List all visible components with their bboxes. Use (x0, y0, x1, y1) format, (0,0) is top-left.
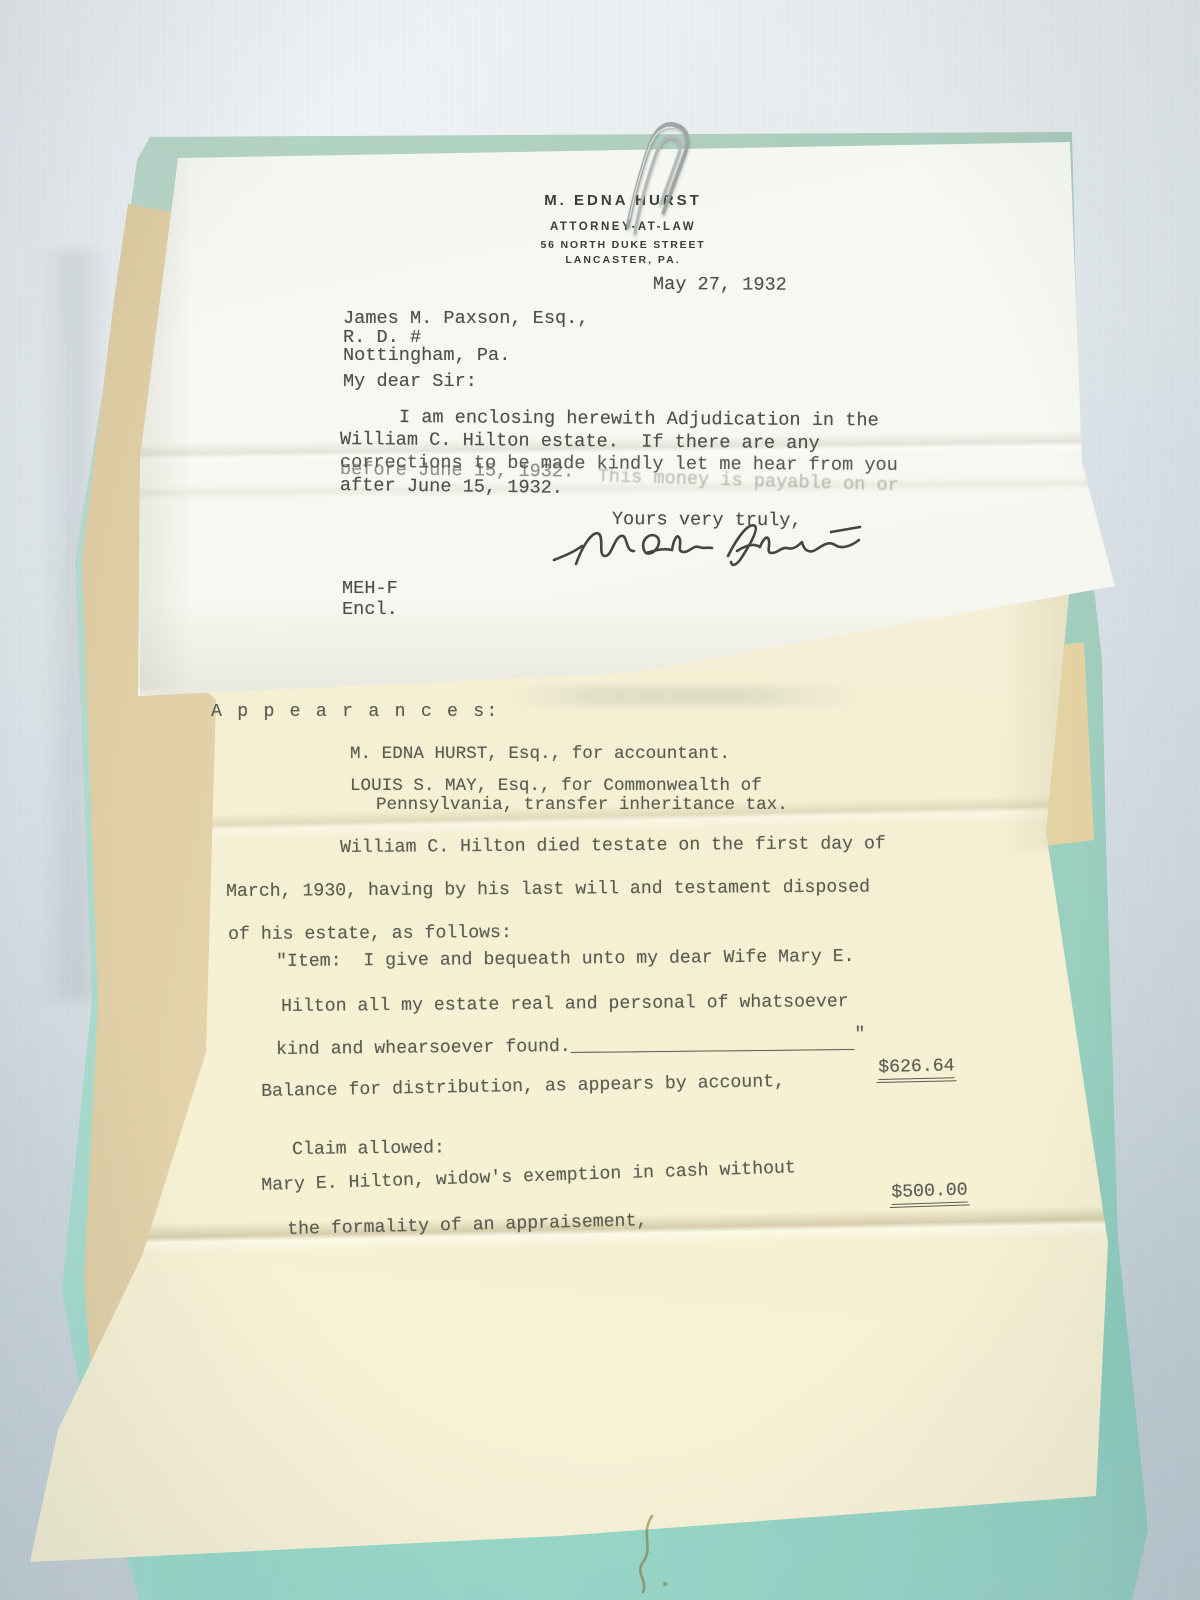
letter-body-line1: I am enclosing herewith Adjudication in … (399, 407, 879, 431)
reference-initials: MEH-F (342, 578, 398, 599)
letter-date: May 27, 1932 (653, 274, 787, 296)
enclosure-note: Encl. (342, 599, 398, 620)
appearance-commonwealth-line1: LOUIS S. MAY, Esq., for Commonwealth of (350, 776, 762, 796)
balance-amount: $626.64 (878, 1056, 955, 1078)
estate-paragraph-line3: of his estate, as follows: (228, 923, 512, 945)
handwritten-signature (548, 510, 893, 582)
stain-mark (612, 1512, 702, 1600)
letter-body-line4: after June 15, 1932. (340, 475, 563, 499)
claim-amount: $500.00 (891, 1180, 968, 1203)
salutation: My dear Sir: (343, 371, 477, 392)
recipient-line-1: James M. Paxson, Esq., (343, 308, 588, 329)
appearance-commonwealth-line2: Pennsylvania, transfer inheritance tax. (376, 795, 788, 815)
appearance-accountant: M. EDNA HURST, Esq., for accountant. (350, 744, 730, 764)
letter-body-line2: William C. Hilton estate. If there are a… (340, 429, 820, 454)
letterhead-street: 56 NORTH DUKE STREET (458, 239, 788, 251)
closing-quote: " (854, 1025, 865, 1045)
estate-paragraph-line1: William C. Hilton died testate on the fi… (340, 834, 886, 858)
claim-heading: Claim allowed: (292, 1138, 445, 1160)
blank-rule: __________________________ (571, 1034, 855, 1057)
appearances-heading: A p p e a r a n c e s: (211, 702, 500, 722)
recipient-line-3: Nottingham, Pa. (343, 345, 510, 366)
letterhead-city: LANCASTER, PA. (458, 254, 788, 266)
will-item-line3-text: kind and whearsoever found. (276, 1037, 571, 1060)
ink-bleed-smudge (512, 686, 862, 706)
